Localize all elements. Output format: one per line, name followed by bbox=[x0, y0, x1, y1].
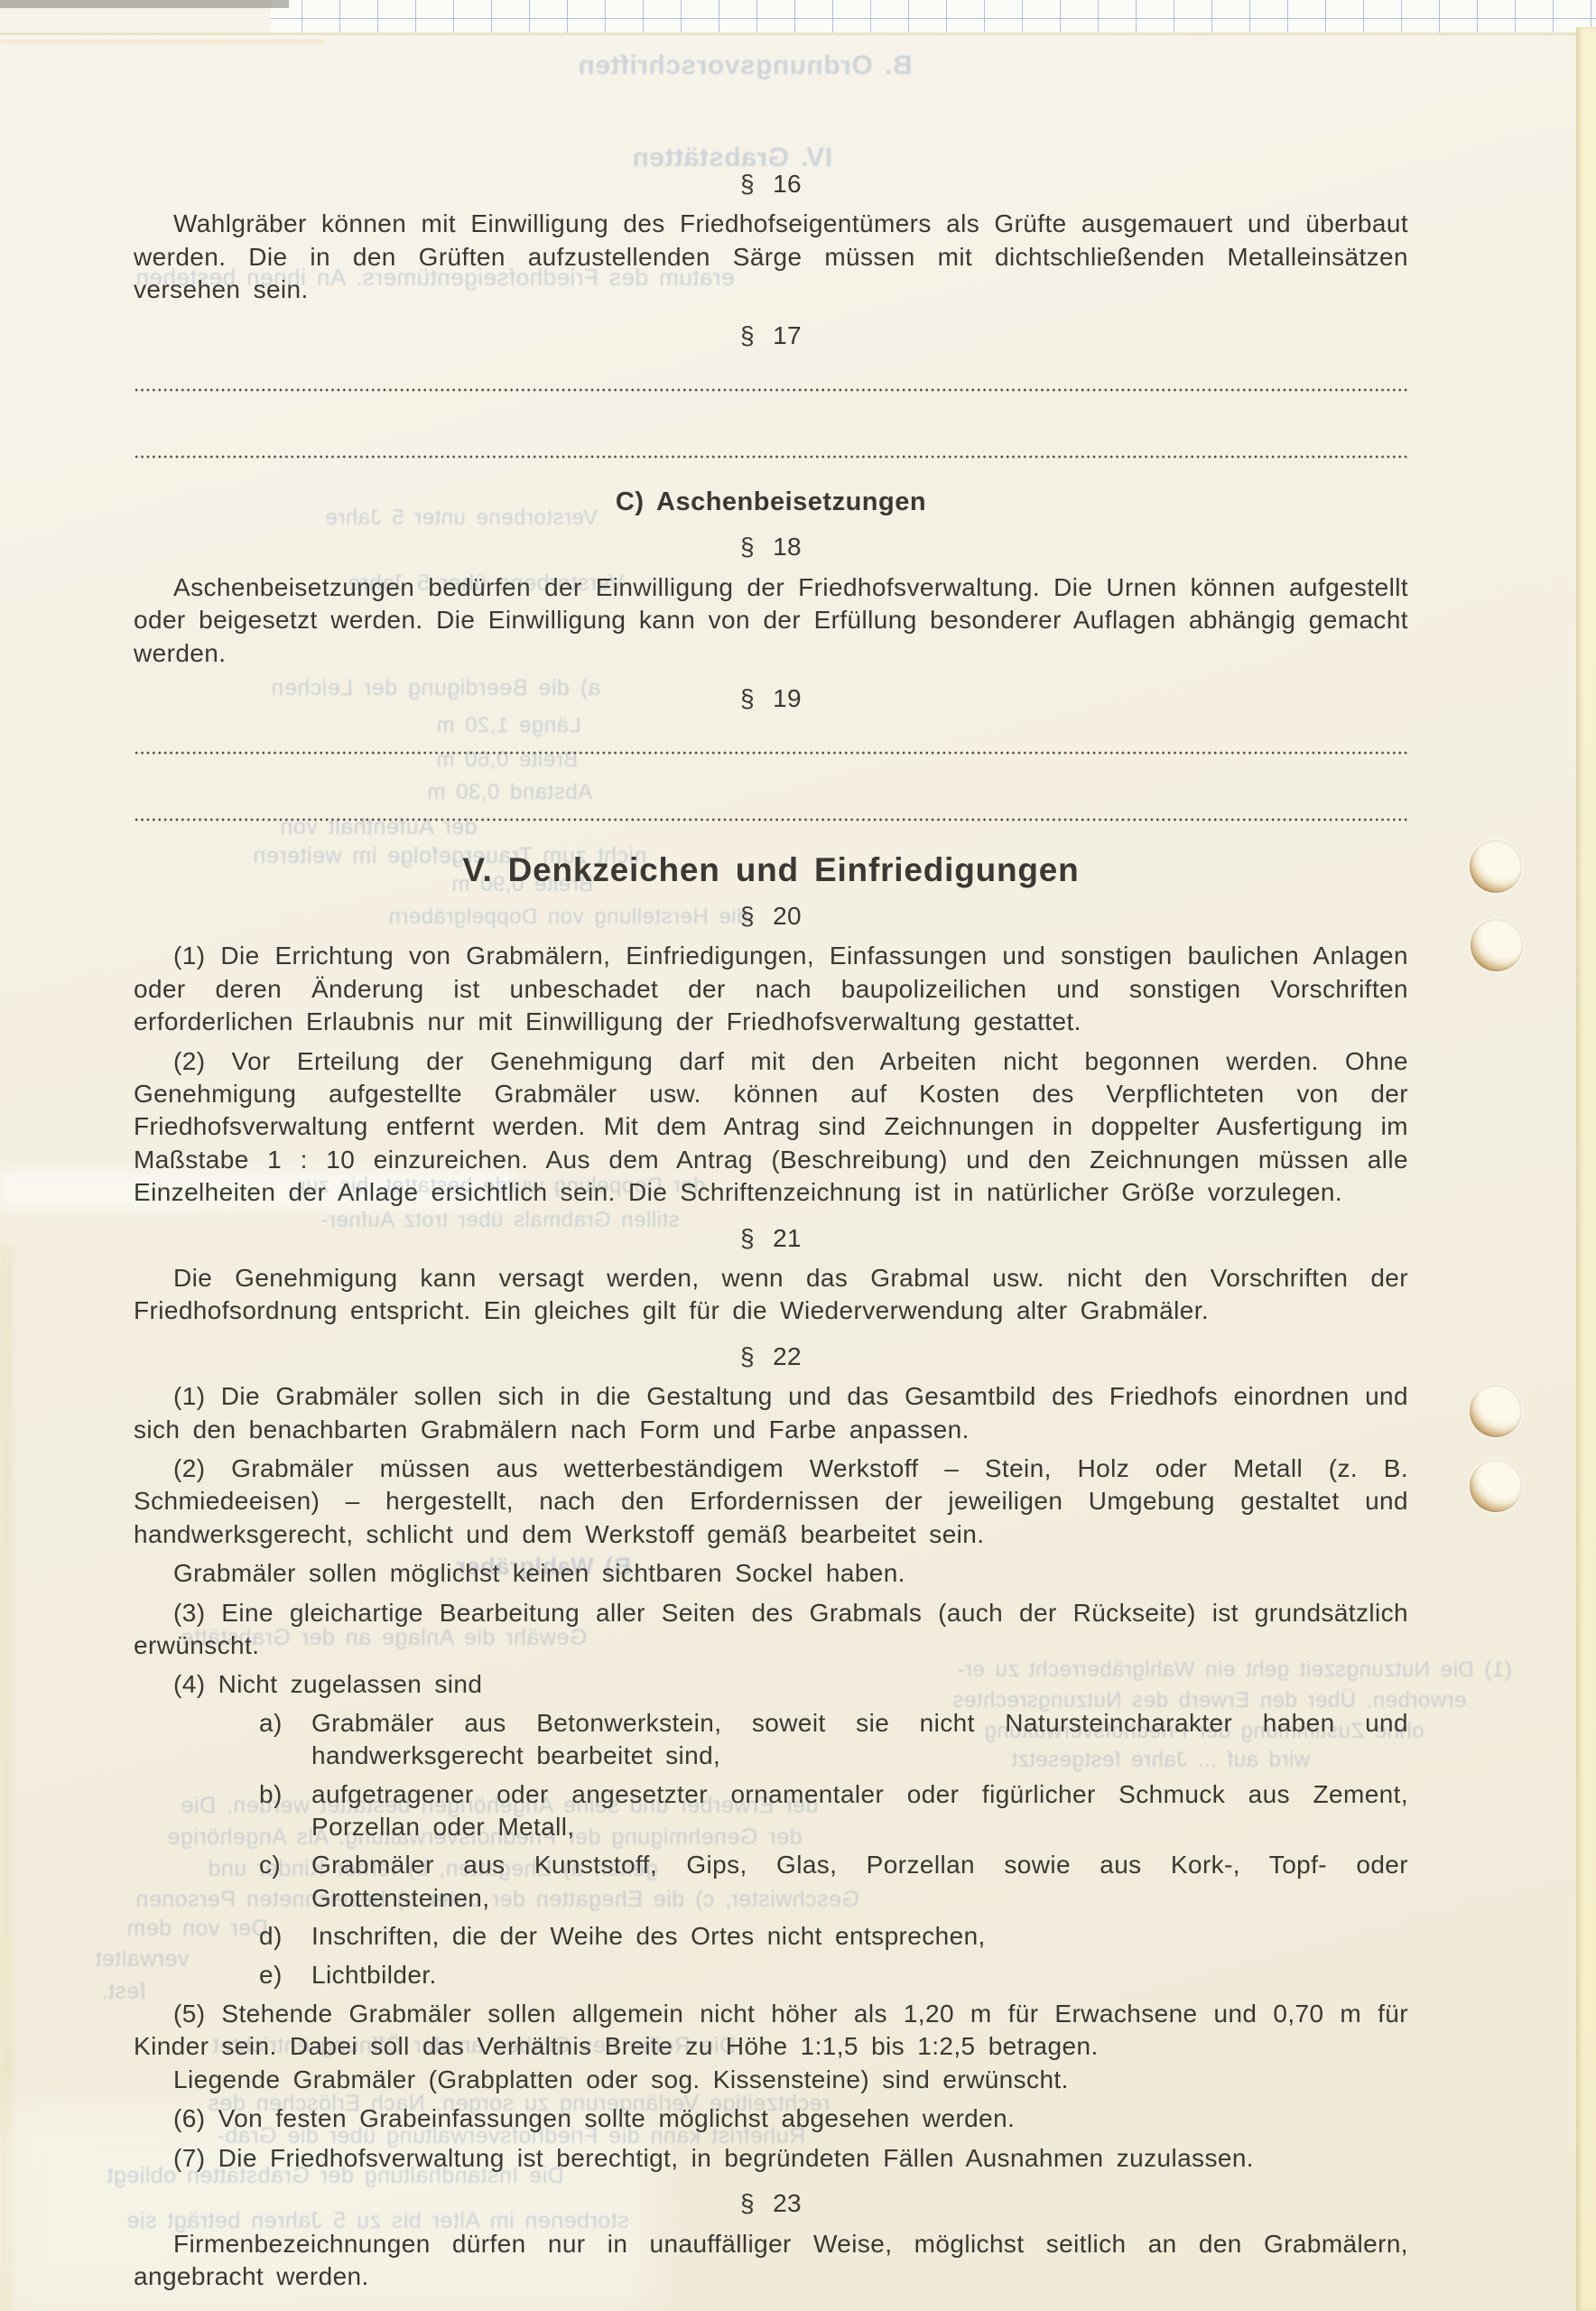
list-item-letter: a) bbox=[259, 1707, 283, 1740]
punch-hole bbox=[1471, 919, 1523, 971]
dotted-fill-line bbox=[134, 751, 1408, 755]
list-item: b)aufgetragener oder angesetzter ornamen… bbox=[134, 1778, 1408, 1844]
dotted-fill-line bbox=[134, 388, 1408, 392]
list-item-text: Grabmäler aus Betonwerkstein, soweit sie… bbox=[311, 1709, 1408, 1769]
list-item-letter: e) bbox=[259, 1959, 283, 1991]
section-mark: § 22 bbox=[134, 1341, 1408, 1373]
list-item-text: Lichtbilder. bbox=[311, 1961, 437, 1989]
graph-paper-background bbox=[271, 0, 1596, 32]
list-item-letter: d) bbox=[259, 1920, 283, 1953]
bleedthrough-text: B. Ordnungsvorschriften bbox=[578, 51, 913, 81]
list-item-text: Inschriften, die der Weihe des Ortes nic… bbox=[311, 1922, 986, 1950]
list-item-letter: b) bbox=[259, 1778, 283, 1811]
body-paragraph: Aschenbeisetzungen bedürfen der Einwilli… bbox=[134, 571, 1408, 670]
body-paragraph: (1) Die Grabmäler sollen sich in die Ges… bbox=[134, 1380, 1408, 1446]
subsection-heading: C) Aschenbeisetzungen bbox=[134, 486, 1408, 518]
section-mark: § 20 bbox=[134, 900, 1408, 933]
page-top-edge bbox=[0, 32, 1596, 35]
page-edge-highlight bbox=[0, 40, 325, 43]
punch-hole bbox=[1470, 840, 1522, 893]
body-paragraph: Wahlgräber können mit Einwilligung des F… bbox=[134, 208, 1408, 306]
list-item: d)Inschriften, die der Weihe des Ortes n… bbox=[134, 1920, 1408, 1953]
subsection-prefix: C) bbox=[616, 487, 656, 516]
scanned-document-page: B. OrdnungsvorschriftenIV. Grabstättener… bbox=[0, 0, 1596, 2311]
body-paragraph: (3) Eine gleichartige Bearbeitung aller … bbox=[134, 1597, 1408, 1663]
body-paragraph: (6) Von festen Grabeinfassungen sollte m… bbox=[134, 2102, 1408, 2135]
list-item: c)Grabmäler aus Kunststoff, Gips, Glas, … bbox=[134, 1849, 1408, 1915]
section-mark: § 17 bbox=[134, 320, 1408, 352]
underlying-page-edge bbox=[1576, 27, 1596, 2311]
section-mark: § 23 bbox=[134, 2187, 1408, 2220]
list-item-text: aufgetragener oder angesetzter ornamenta… bbox=[311, 1780, 1408, 1841]
document-body: § 16Wahlgräber können mit Einwilligung d… bbox=[134, 155, 1408, 2293]
list-item-text: Grabmäler aus Kunststoff, Gips, Glas, Po… bbox=[311, 1851, 1408, 1911]
scan-top-edge-shadow bbox=[0, 0, 289, 8]
list-item-letter: c) bbox=[259, 1849, 281, 1881]
body-paragraph: (5) Stehende Grabmäler sollen allgemein … bbox=[134, 1998, 1408, 2064]
body-paragraph: (2) Grabmäler müssen aus wetterbeständig… bbox=[134, 1452, 1408, 1551]
punch-hole bbox=[1470, 1385, 1522, 1437]
section-mark: § 19 bbox=[134, 682, 1408, 715]
list-item: a)Grabmäler aus Betonwerkstein, soweit s… bbox=[134, 1707, 1408, 1773]
body-line: Liegende Grabmäler (Grabplatten oder sog… bbox=[134, 2064, 1408, 2096]
body-paragraph: (4) Nicht zugelassen sind bbox=[134, 1668, 1408, 1701]
body-paragraph: Die Genehmigung kann versagt werden, wen… bbox=[134, 1262, 1408, 1328]
section-mark: § 18 bbox=[134, 531, 1408, 563]
body-paragraph: Grabmäler sollen möglichst keinen sichtb… bbox=[134, 1557, 1408, 1590]
body-paragraph: (2) Vor Erteilung der Genehmigung darf m… bbox=[134, 1045, 1408, 1210]
list-item: e)Lichtbilder. bbox=[134, 1959, 1408, 1991]
body-paragraph: Firmenbezeichnungen dürfen nur in unauff… bbox=[134, 2228, 1408, 2294]
dotted-fill-line bbox=[134, 455, 1408, 459]
punch-hole bbox=[1470, 1460, 1522, 1512]
dotted-fill-line bbox=[134, 818, 1408, 821]
subsection-title: Aschenbeisetzungen bbox=[656, 487, 926, 516]
section-mark: § 21 bbox=[134, 1222, 1408, 1255]
body-paragraph: (7) Die Friedhofsverwaltung ist berechti… bbox=[134, 2142, 1408, 2175]
section-mark: § 16 bbox=[134, 168, 1408, 200]
body-paragraph: (1) Die Errichtung von Grabmälern, Einfr… bbox=[134, 940, 1408, 1038]
chapter-heading: V. Denkzeichen und Einfriedigungen bbox=[134, 854, 1408, 886]
